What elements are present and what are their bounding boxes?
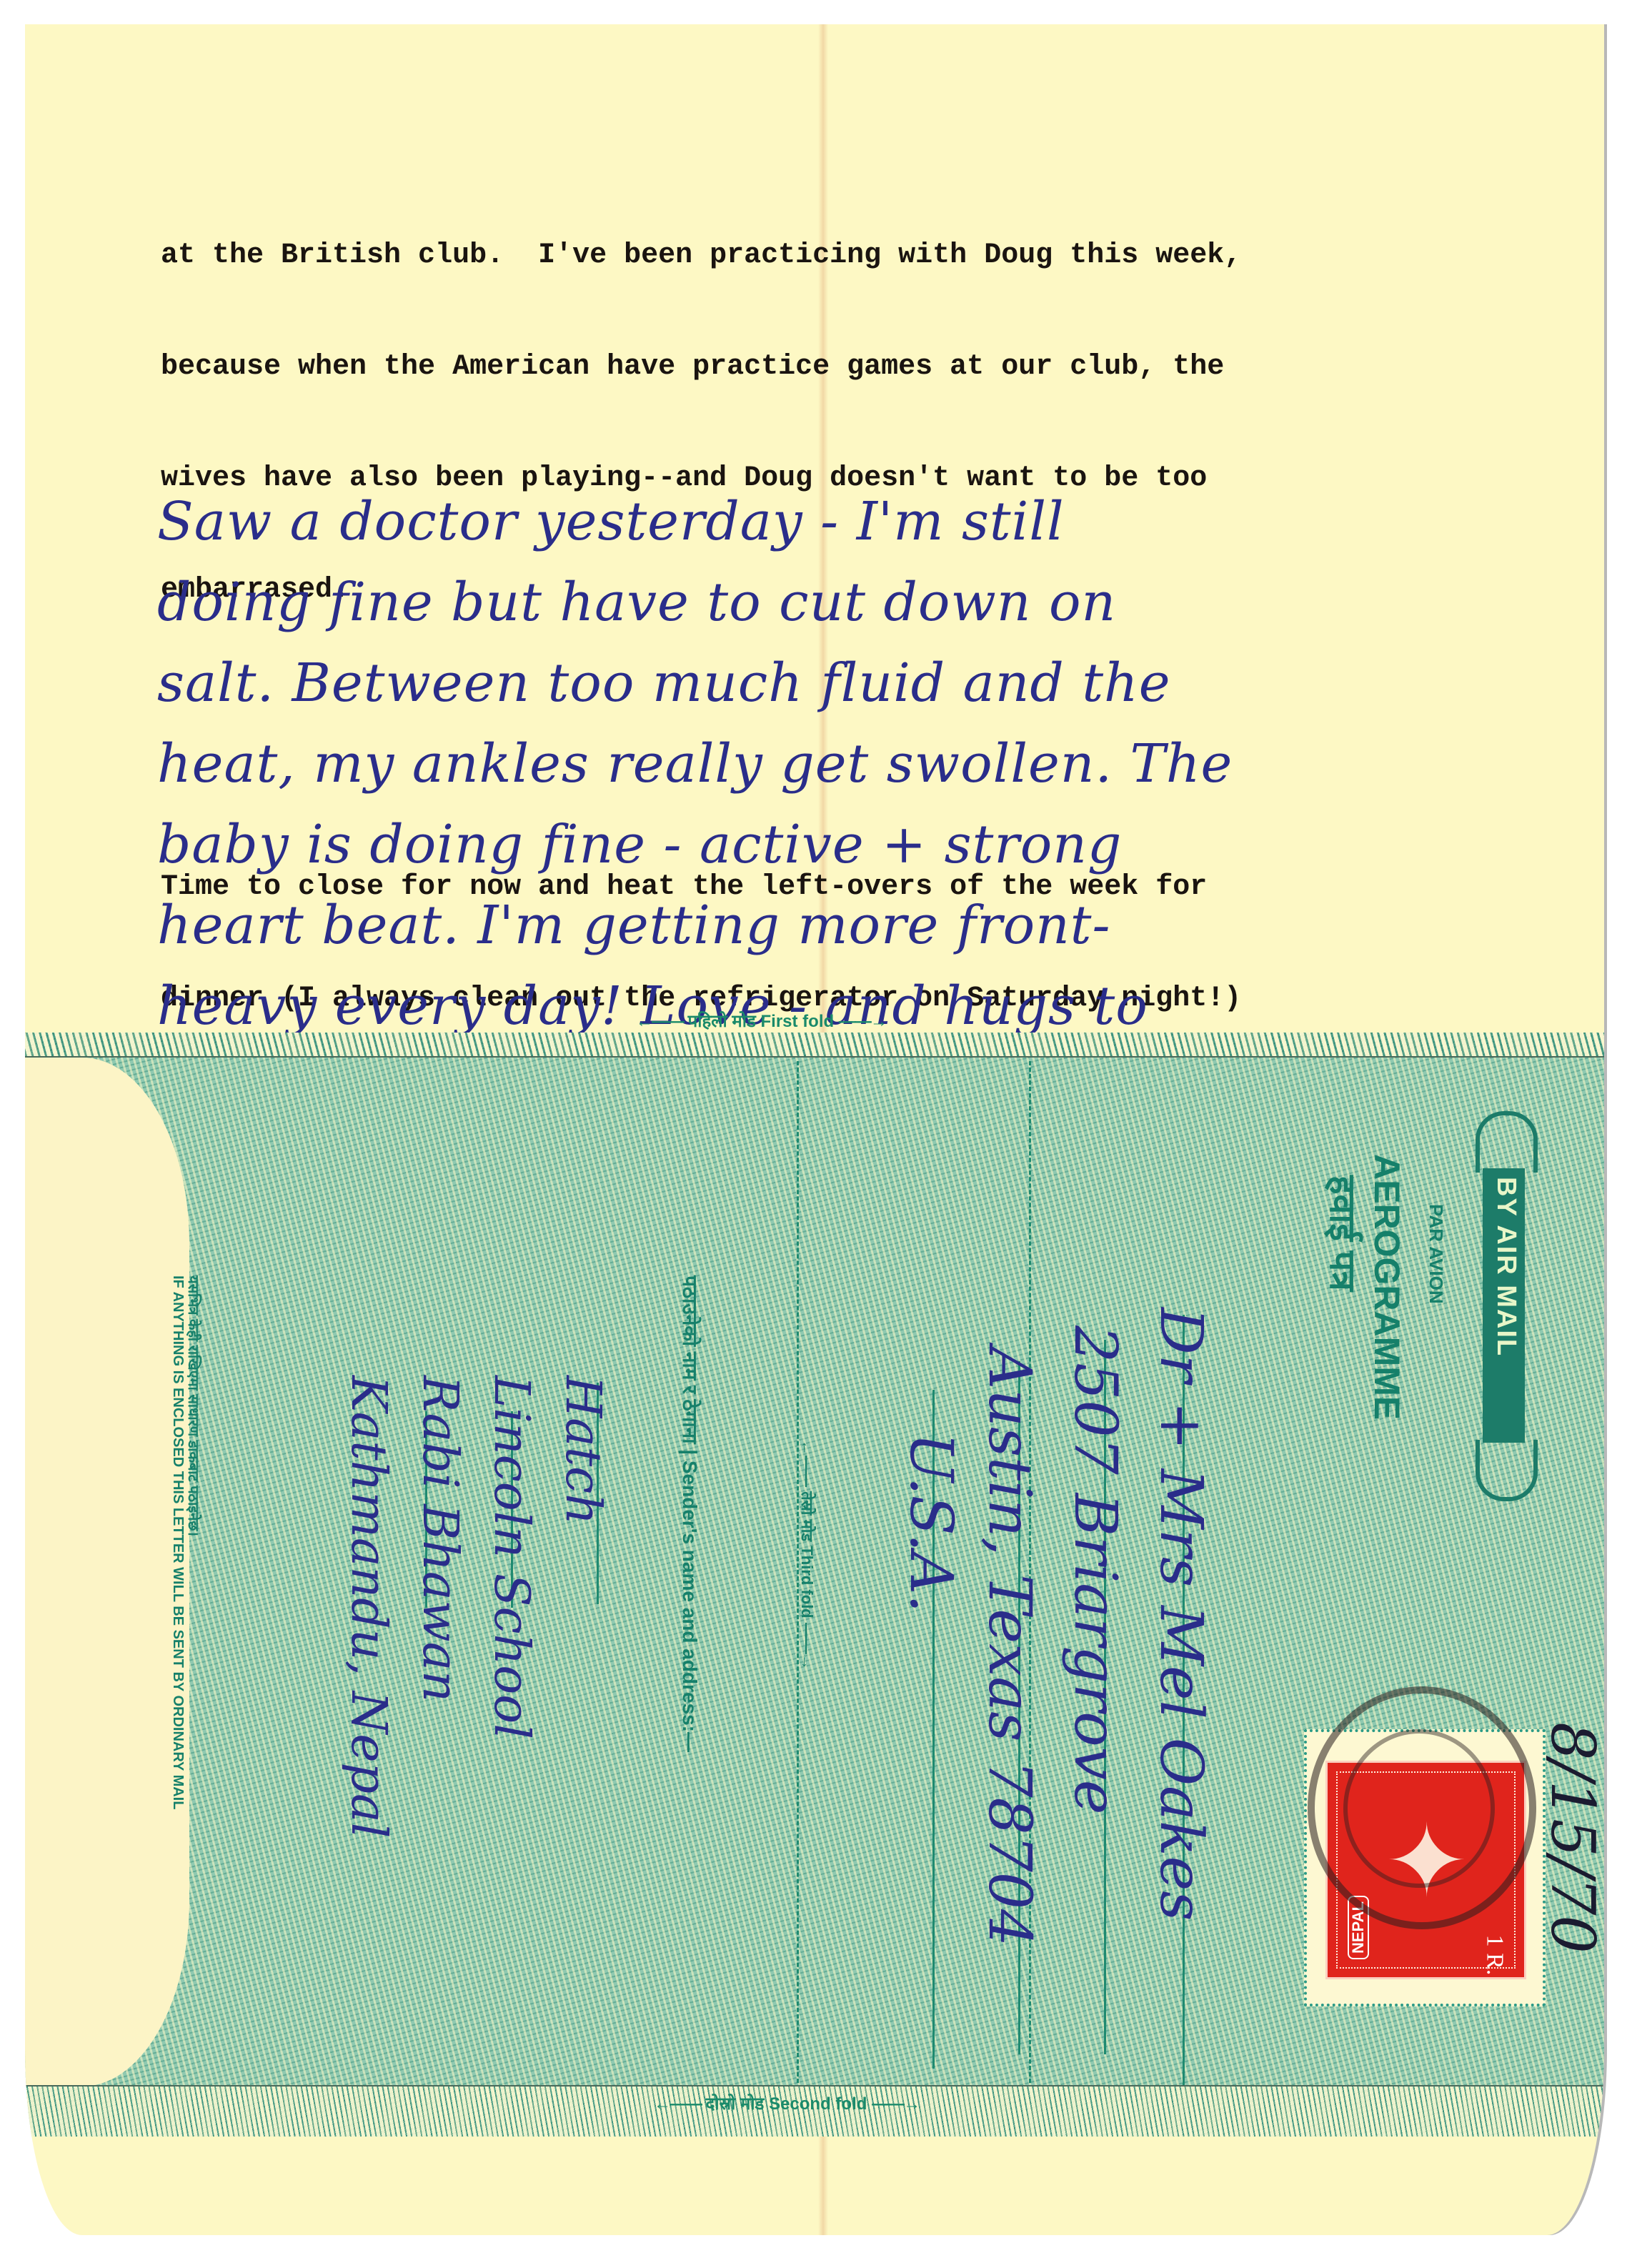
arrow-left-icon: ←—— xyxy=(654,2094,701,2114)
top-strip xyxy=(25,1033,1604,1058)
third-fold-label: ←—— तेस्रो मोड Third fold ——→ xyxy=(797,1440,818,1670)
airmail-bar: BY AIR MAIL xyxy=(1483,1168,1525,1443)
fold-crease xyxy=(818,2137,828,2235)
aerogramme-title-hindi: हवाई पत्र xyxy=(1320,1175,1368,1291)
sender-line-2: Lincoln School xyxy=(483,1376,539,1739)
wing-icon xyxy=(1476,1440,1538,1501)
sender-line-4: Kathmandu, Nepal xyxy=(340,1376,397,1838)
wing-icon xyxy=(1476,1111,1538,1173)
sender-line-1: Hatch xyxy=(554,1376,611,1525)
side-flap xyxy=(25,1058,189,2087)
recipient-line-1: Dr + Mrs Mel Oakes xyxy=(1147,1308,1215,1921)
aerogramme-title: AEROGRAMME xyxy=(1366,1154,1408,1420)
first-fold-label: ←—— पहिलो मोड First fold ——→ xyxy=(636,1009,886,1033)
arrow-left-icon: ←—— xyxy=(798,1440,816,1487)
arrow-right-icon: ——→ xyxy=(839,1012,886,1031)
arrow-right-icon: ——→ xyxy=(798,1623,816,1670)
stamp-value: 1 R. xyxy=(1481,1935,1508,1976)
recipient-line-4: U.S.A. xyxy=(897,1433,965,1613)
arrow-left-icon: ←—— xyxy=(636,1012,683,1031)
second-fold-label: ←—— दोस्रो मोड Second fold ——→ xyxy=(654,2092,919,2115)
postmark-inner-ring xyxy=(1343,1729,1495,1888)
sender-line-3: Rabi Bhawan xyxy=(412,1376,468,1702)
notice-hindi: यसभित्र केही राखिएमा साधारण डाकबाट पठाइन… xyxy=(184,1275,204,1536)
airmail-badge: BY AIR MAIL xyxy=(1468,1111,1536,1497)
notice-english: IF ANYTHING IS ENCLOSED THIS LETTER WILL… xyxy=(169,1275,186,1809)
recipient-line-3: Austin, Texas 78704 xyxy=(975,1347,1043,1946)
date-note: 8/15/70 xyxy=(1538,1722,1608,1954)
sender-label: पठाउनेको नाम र ठेगाना | Sender's name an… xyxy=(677,1275,704,1752)
recipient-line-2: 2507 Briargrove xyxy=(1061,1326,1129,1814)
par-avion-label: PAR AVION xyxy=(1425,1204,1447,1304)
arrow-right-icon: ——→ xyxy=(872,2094,919,2114)
